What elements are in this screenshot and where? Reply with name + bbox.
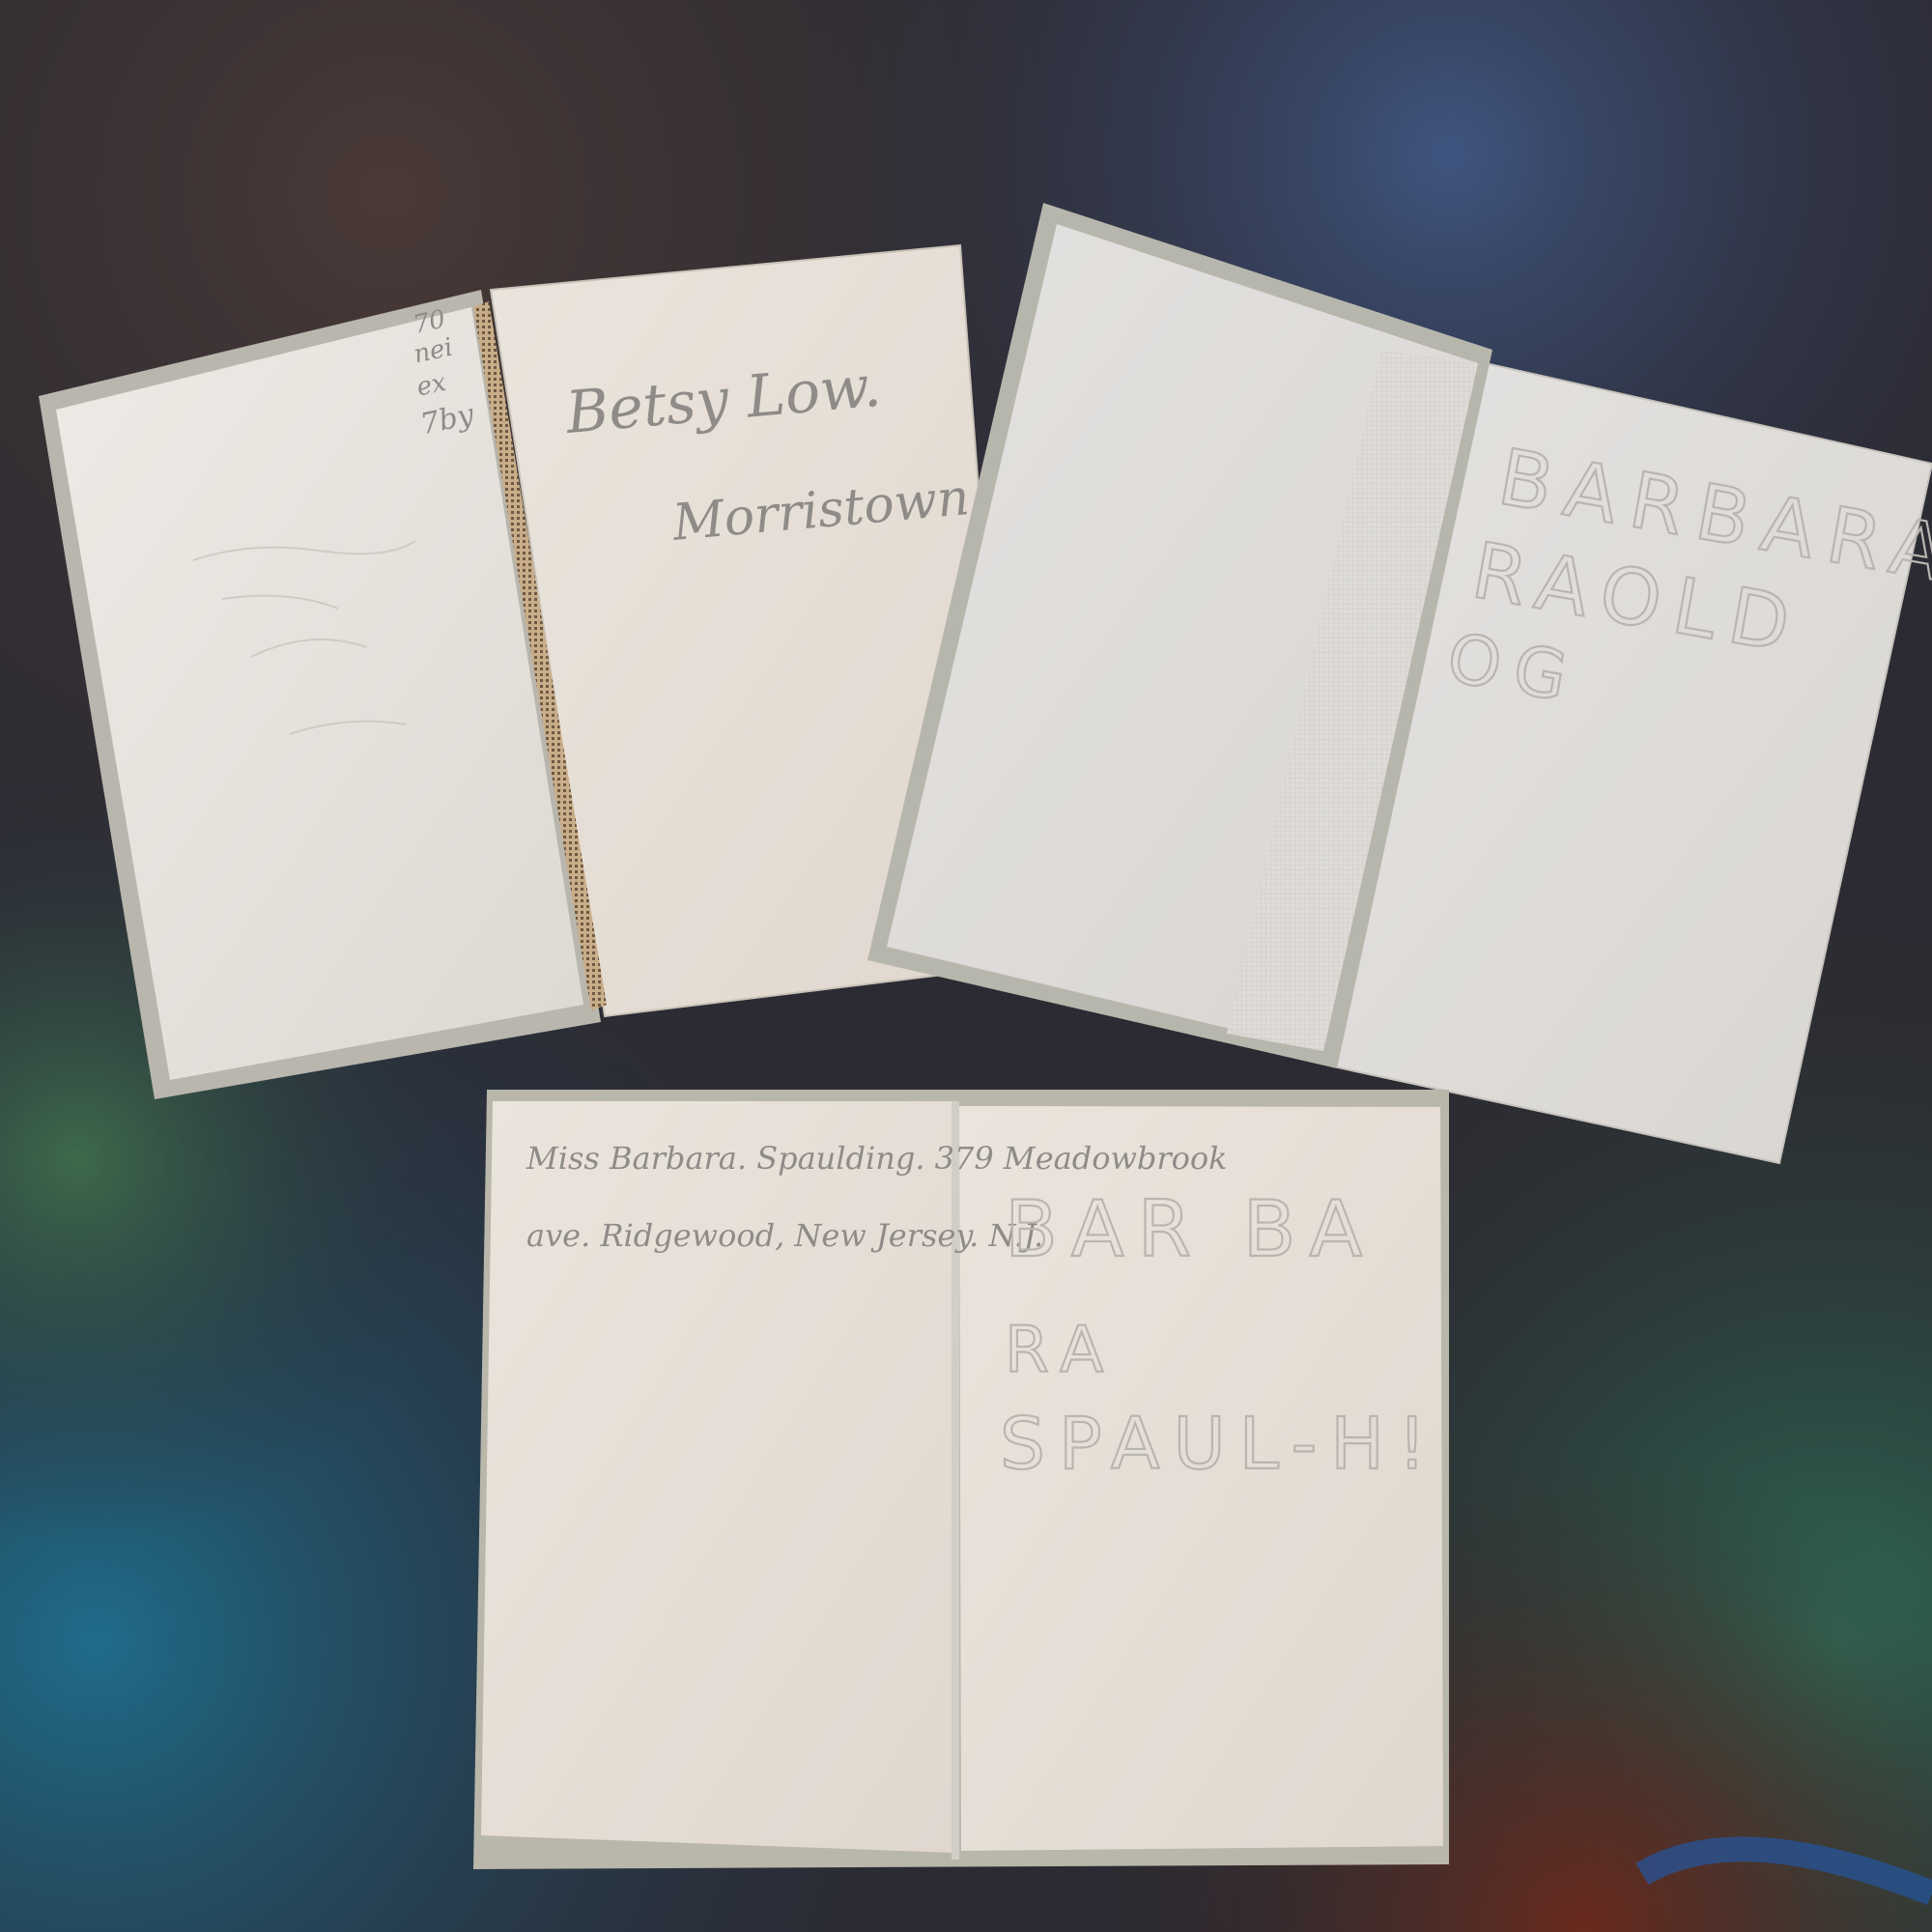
photo-scene: 70 nei ex 7by Betsy Low. Morristown BARB… xyxy=(0,0,1932,1932)
book-top-left: 70 nei ex 7by Betsy Low. Morristown xyxy=(39,245,1014,1099)
book3-left-inscription-line1: Miss Barbara. Spaulding. 379 Meadowbrook xyxy=(526,1140,1228,1177)
book3-spine-gutter xyxy=(952,1101,959,1860)
book3-left-page xyxy=(481,1101,953,1853)
book-bottom: Miss Barbara. Spaulding. 379 Meadowbrook… xyxy=(473,1090,1449,1869)
book3-right-inscription-line3: SPAUL-H! xyxy=(1000,1403,1440,1486)
book3-left-inscription-line2: ave. Ridgewood, New Jersey. N.J. xyxy=(526,1217,1043,1254)
book3-right-inscription-line2: RA xyxy=(1005,1313,1117,1387)
book3-right-inscription-line1: BAR BA xyxy=(1005,1184,1376,1274)
